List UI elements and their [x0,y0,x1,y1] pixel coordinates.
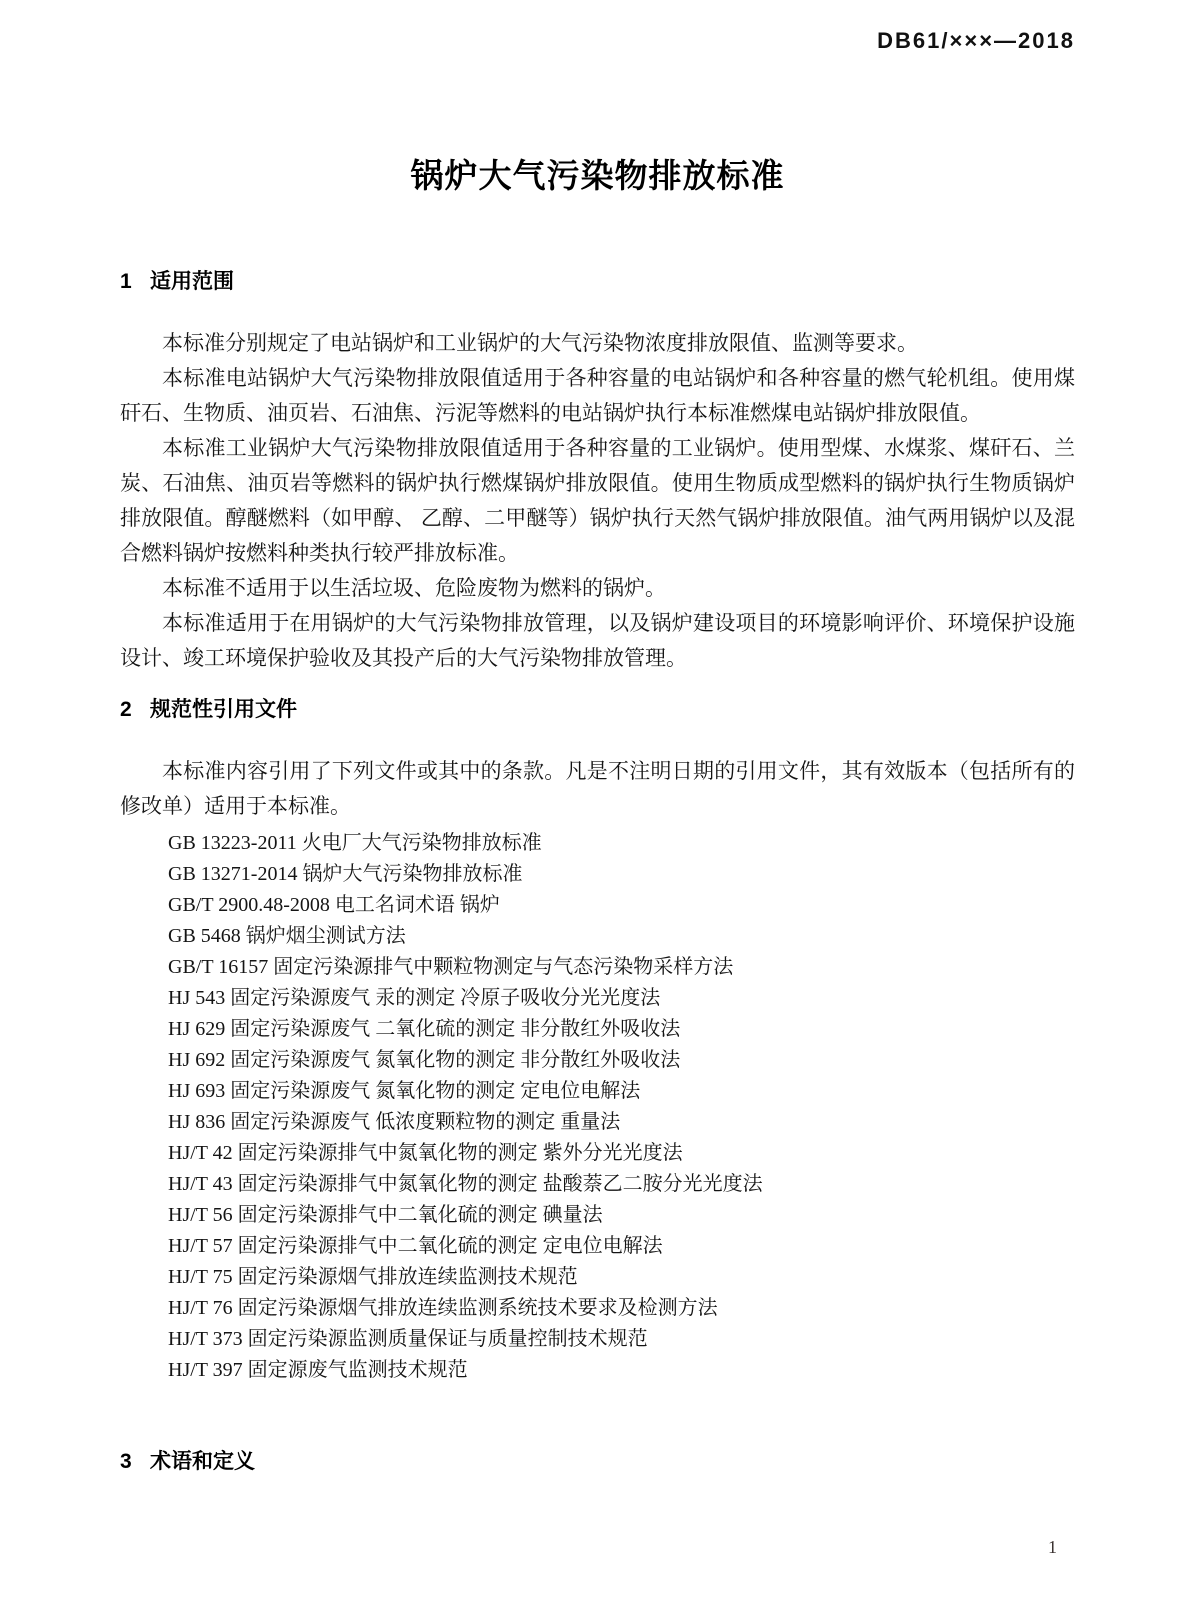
reference-item: GB/T 2900.48-2008 电工名词术语 锅炉 [120,890,1075,921]
paragraph-scope-4: 本标准不适用于以生活垃圾、危险废物为燃料的锅炉。 [120,571,1075,606]
reference-item: HJ/T 57 固定污染源排气中二氧化硫的测定 定电位电解法 [120,1231,1075,1262]
reference-item: GB/T 16157 固定污染源排气中颗粒物测定与气态污染物采样方法 [120,952,1075,983]
reference-item: HJ/T 43 固定污染源排气中氮氧化物的测定 盐酸萘乙二胺分光光度法 [120,1169,1075,1200]
paragraph-scope-2: 本标准电站锅炉大气污染物排放限值适用于各种容量的电站锅炉和各种容量的燃气轮机组。… [120,361,1075,431]
reference-item: HJ 836 固定污染源废气 低浓度颗粒物的测定 重量法 [120,1107,1075,1138]
paragraph-scope-1: 本标准分别规定了电站锅炉和工业锅炉的大气污染物浓度排放限值、监测等要求。 [120,326,1075,361]
reference-item: GB 5468 锅炉烟尘测试方法 [120,921,1075,952]
section-2-heading: 2规范性引用文件 [120,696,1075,724]
section-1-body: 本标准分别规定了电站锅炉和工业锅炉的大气污染物浓度排放限值、监测等要求。 本标准… [120,326,1075,676]
section-1-heading: 1适用范围 [120,268,1075,296]
reference-item: GB 13271-2014 锅炉大气污染物排放标准 [120,859,1075,890]
document-title: 锅炉大气污染物排放标准 [120,154,1075,198]
reference-item: HJ/T 75 固定污染源烟气排放连续监测技术规范 [120,1262,1075,1293]
reference-item: HJ/T 42 固定污染源排气中氮氧化物的测定 紫外分光光度法 [120,1138,1075,1169]
section-1-number: 1 [120,268,150,296]
section-2-body: 本标准内容引用了下列文件或其中的条款。凡是不注明日期的引用文件，其有效版本（包括… [120,754,1075,1386]
reference-item: HJ 693 固定污染源废气 氮氧化物的测定 定电位电解法 [120,1076,1075,1107]
paragraph-scope-5: 本标准适用于在用锅炉的大气污染物排放管理，以及锅炉建设项目的环境影响评价、环境保… [120,606,1075,676]
doc-number: DB61/×××—2018 [120,28,1075,54]
section-3-heading: 3术语和定义 [120,1448,1075,1476]
section-3-title: 术语和定义 [150,1450,255,1473]
section-1-title: 适用范围 [150,270,234,293]
reference-item: HJ/T 56 固定污染源排气中二氧化硫的测定 碘量法 [120,1200,1075,1231]
paragraph-references-intro: 本标准内容引用了下列文件或其中的条款。凡是不注明日期的引用文件，其有效版本（包括… [120,754,1075,824]
reference-item: HJ/T 397 固定源废气监测技术规范 [120,1355,1075,1386]
reference-list: GB 13223-2011 火电厂大气污染物排放标准 GB 13271-2014… [120,828,1075,1386]
reference-item: HJ 692 固定污染源废气 氮氧化物的测定 非分散红外吸收法 [120,1045,1075,1076]
reference-item: HJ 629 固定污染源废气 二氧化硫的测定 非分散红外吸收法 [120,1014,1075,1045]
reference-item: HJ 543 固定污染源废气 汞的测定 冷原子吸收分光光度法 [120,983,1075,1014]
reference-item: HJ/T 373 固定污染源监测质量保证与质量控制技术规范 [120,1324,1075,1355]
paragraph-scope-3: 本标准工业锅炉大气污染物排放限值适用于各种容量的工业锅炉。使用型煤、水煤浆、煤矸… [120,431,1075,571]
reference-item: HJ/T 76 固定污染源烟气排放连续监测系统技术要求及检测方法 [120,1293,1075,1324]
section-3-number: 3 [120,1448,150,1476]
document-page: DB61/×××—2018 锅炉大气污染物排放标准 1适用范围 本标准分别规定了… [0,0,1191,1607]
reference-item: GB 13223-2011 火电厂大气污染物排放标准 [120,828,1075,859]
section-2-title: 规范性引用文件 [150,698,297,721]
section-2-number: 2 [120,696,150,724]
page-number: 1 [1048,1536,1057,1558]
